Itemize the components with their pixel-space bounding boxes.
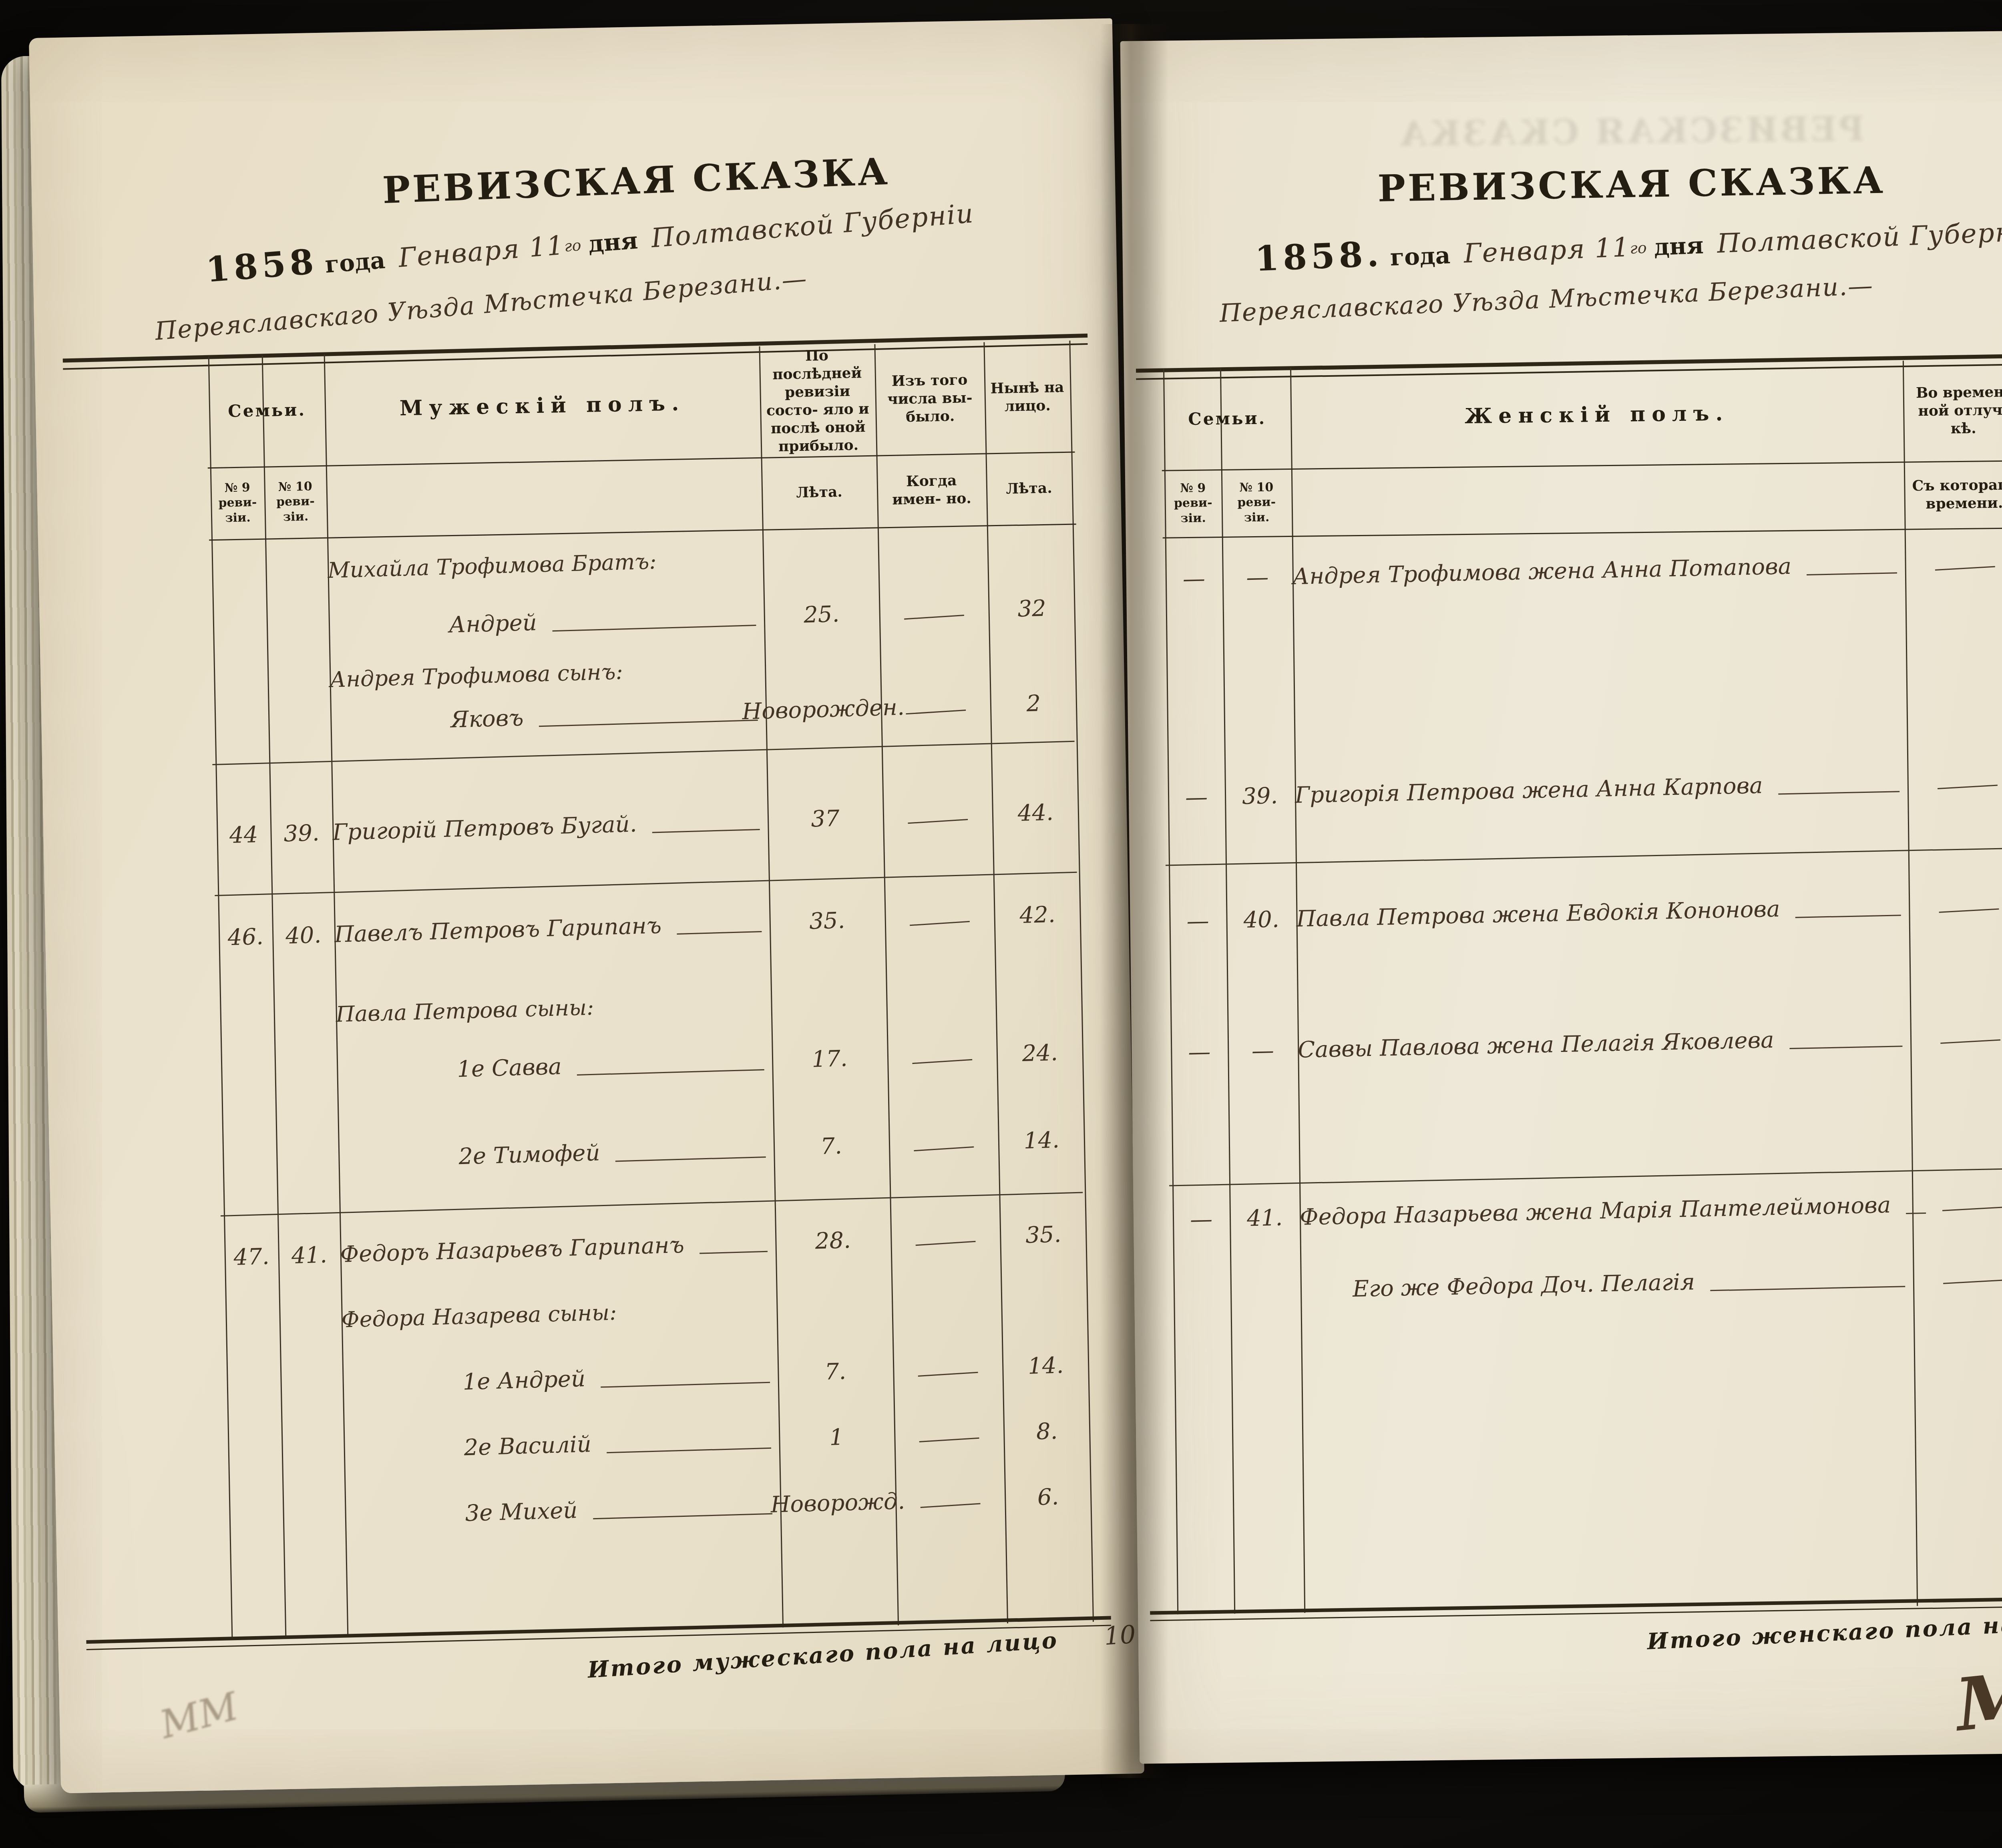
place-line: Переяславскаго Уѣзда Мѣстечка Березани.— bbox=[1219, 271, 1874, 328]
census-table-male: Семьи. Мужескій полъ. По послѣдней ревиз… bbox=[208, 341, 1094, 1638]
date-line: 1858годаГенваря 11годняПолтавской Губерн… bbox=[205, 190, 975, 290]
absence-cell bbox=[1904, 531, 2002, 594]
rev10-number bbox=[281, 1421, 345, 1483]
ink-dash bbox=[919, 1437, 979, 1442]
age-now: 14. bbox=[1001, 1335, 1090, 1397]
year-word: года bbox=[324, 246, 386, 278]
year-value: 1858 bbox=[205, 241, 319, 290]
ink-lead-line bbox=[552, 625, 756, 631]
rev10-number bbox=[280, 1355, 344, 1417]
departed-when-cell bbox=[877, 522, 988, 585]
rev10-number: 41. bbox=[1229, 1187, 1300, 1249]
ink-dash bbox=[910, 921, 970, 925]
age-now: 8. bbox=[1003, 1400, 1091, 1463]
rev9-number: — bbox=[1168, 767, 1226, 828]
age-now: 44. bbox=[991, 782, 1080, 844]
person-name: Павла Петрова жена Евдокія Кононова bbox=[1296, 876, 1910, 949]
person-name: Федора Назарьева жена Марія Пантелеймоно… bbox=[1299, 1174, 1913, 1247]
age-at-previous-revision: Новорожден. bbox=[765, 678, 882, 741]
person-name: Григорія Петрова жена Анна Карпова bbox=[1294, 752, 1908, 825]
rev10-number bbox=[275, 1130, 339, 1192]
year-value: 1858. bbox=[1254, 234, 1383, 279]
rev10-number bbox=[279, 1290, 342, 1351]
person-name: Григорій Петровъ Бугай. bbox=[332, 790, 768, 863]
rev9-number bbox=[229, 1488, 284, 1550]
ink-lead-line bbox=[607, 1447, 771, 1453]
right-page: РЕВИЗСКАЯ СКАЗКА 1369 РЕВИЗСКАЯ СКАЗКА 1… bbox=[1120, 30, 2002, 1764]
age-now: 2 bbox=[989, 672, 1078, 735]
absence-cell bbox=[1912, 1172, 2002, 1235]
month-day: Генваря 11 bbox=[1463, 232, 1630, 269]
ink-lead-line bbox=[677, 931, 762, 934]
ink-lead-line bbox=[1789, 1046, 1902, 1049]
ink-dash bbox=[1940, 1039, 2000, 1044]
rev9-number: — bbox=[1165, 548, 1223, 609]
page-title: РЕВИЗСКАЯ СКАЗКА bbox=[1377, 159, 1886, 210]
absence-cell bbox=[1907, 750, 2002, 812]
month-day: Генваря 11 bbox=[397, 230, 565, 273]
ink-lead-line bbox=[1795, 915, 1901, 918]
departed-when-cell bbox=[885, 966, 996, 1029]
ink-dash bbox=[1938, 784, 1998, 789]
ink-dash bbox=[1943, 1279, 2002, 1284]
province: Полтавской Губерніи bbox=[1717, 215, 2002, 259]
rev10-number bbox=[267, 693, 331, 755]
ink-lead-line bbox=[699, 1251, 768, 1254]
rev9-number bbox=[221, 1044, 276, 1106]
age-now: 6. bbox=[1004, 1466, 1092, 1528]
person-name: Саввы Павлова жена Пелагія Яковлева bbox=[1297, 1007, 1911, 1080]
person-name: Яковъ bbox=[330, 681, 766, 753]
departed-when-cell bbox=[891, 1271, 1002, 1335]
rev10-number: 41. bbox=[277, 1225, 341, 1286]
day-word: дня bbox=[587, 227, 639, 257]
book-spine-shadow bbox=[1100, 24, 1168, 1778]
age-now: 42. bbox=[993, 884, 1081, 946]
ink-dash bbox=[920, 1503, 980, 1508]
margin-ink-mark: ММ bbox=[155, 1683, 243, 1747]
rev9-number bbox=[211, 542, 267, 603]
year-word: года bbox=[1389, 241, 1451, 271]
ink-dash bbox=[906, 709, 966, 714]
age-at-previous-revision: Новорожд. bbox=[779, 1471, 896, 1534]
ink-dash bbox=[1935, 566, 1995, 570]
person-row: —41.Федора Назарьева жена Марія Пантелей… bbox=[1172, 1170, 2002, 1250]
departed-when-cell bbox=[884, 886, 995, 949]
rev10-number bbox=[265, 540, 328, 602]
female-rows: ——Андрея Трофимова жена Анна Потапова23.… bbox=[1163, 358, 2002, 1614]
age-now: 35. bbox=[999, 1204, 1087, 1266]
ink-dash bbox=[912, 1059, 972, 1064]
age-at-previous-revision: 7. bbox=[773, 1114, 890, 1178]
age-now: 24. bbox=[996, 1022, 1084, 1084]
ink-lead-line bbox=[593, 1513, 772, 1519]
person-row: Его же Федора Доч. Пелагія11. bbox=[1173, 1243, 2002, 1323]
rev9-number: — bbox=[1169, 891, 1227, 952]
ink-lead-line bbox=[601, 1381, 770, 1388]
day-suffix: го bbox=[564, 236, 582, 255]
rev9-number bbox=[219, 986, 275, 1048]
rev10-number bbox=[273, 984, 337, 1046]
rev9-number: 47. bbox=[224, 1226, 279, 1288]
rev9-number: 46. bbox=[218, 906, 273, 968]
day-suffix: го bbox=[1630, 239, 1647, 257]
person-name: 2е Тимофей bbox=[338, 1118, 774, 1190]
age-at-previous-revision: 7. bbox=[777, 1340, 894, 1403]
age-at-previous-revision bbox=[770, 969, 887, 1032]
departed-when-cell bbox=[882, 784, 993, 847]
person-row: 46.40.Павелъ Петровъ Гарипанъ35.42. bbox=[218, 884, 1081, 968]
ink-lead-line bbox=[1807, 572, 1897, 575]
family-separator-line bbox=[1166, 846, 2002, 866]
ink-lead-line bbox=[652, 829, 760, 833]
departed-when-cell bbox=[892, 1337, 1003, 1400]
ink-lead-line bbox=[615, 1156, 766, 1161]
person-name: 1е Савва bbox=[336, 1030, 773, 1102]
ink-dash bbox=[914, 1146, 974, 1151]
departed-when-cell bbox=[890, 1206, 1001, 1269]
rev9-number bbox=[214, 695, 269, 756]
age-at-previous-revision: 37 bbox=[767, 787, 884, 850]
male-rows: Михайла Трофимова Братъ:Андрей25.32Андре… bbox=[208, 341, 1094, 1638]
departed-when-cell bbox=[886, 1024, 997, 1088]
rev10-number: 40. bbox=[1226, 889, 1297, 951]
bleed-through-title: РЕВИЗСКАЯ СКАЗКА bbox=[1397, 109, 1865, 154]
person-name: Федоръ Назарьевъ Гарипанъ bbox=[340, 1212, 776, 1284]
rev10-number: 39. bbox=[1224, 765, 1296, 827]
person-name: Павелъ Петровъ Гарипанъ bbox=[334, 892, 770, 964]
rev9-number bbox=[1173, 1261, 1231, 1323]
age-now: 14. bbox=[997, 1109, 1086, 1172]
absence-cell bbox=[1912, 1245, 2002, 1307]
person-row: 4439.Григорій Петровъ Бугай.3744. bbox=[216, 782, 1080, 866]
age-at-previous-revision bbox=[762, 525, 879, 588]
person-row: —39.Григорія Петрова жена Анна Карпова44… bbox=[1168, 748, 2002, 828]
ink-lead-line bbox=[539, 720, 758, 727]
person-name: 3е Михей bbox=[344, 1474, 781, 1546]
age-at-previous-revision: 1 bbox=[778, 1406, 895, 1469]
date-line: 1858.годаГенваря 11годняПолтавской Губер… bbox=[1254, 208, 2002, 279]
rev9-number: — bbox=[1172, 1188, 1230, 1250]
rev10-number bbox=[1230, 1260, 1301, 1322]
ink-dash bbox=[915, 1241, 975, 1245]
ink-lead-line bbox=[577, 1069, 764, 1075]
rev9-number: — bbox=[1170, 1022, 1228, 1083]
departed-when-cell bbox=[893, 1403, 1004, 1466]
ink-dash bbox=[918, 1371, 978, 1376]
age-at-previous-revision: 28. bbox=[774, 1209, 891, 1272]
province: Полтавской Губерніи bbox=[650, 198, 975, 253]
age-at-previous-revision: 17. bbox=[771, 1027, 888, 1090]
person-name: 2е Василій bbox=[343, 1409, 780, 1481]
left-page: РЕВИЗСКАЯ СКАЗКА 1858годаГенваря 11годня… bbox=[29, 18, 1144, 1794]
ink-dash bbox=[1942, 1207, 2002, 1211]
ink-dash bbox=[1939, 908, 1999, 913]
archival-book-scan: РЕВИЗСКАЯ СКАЗКА 1858годаГенваря 11годня… bbox=[0, 0, 2002, 1848]
person-row: 2е Тимофей7.14. bbox=[222, 1109, 1086, 1193]
age-now bbox=[987, 519, 1075, 582]
ink-lead-line bbox=[1778, 791, 1899, 794]
ink-dash bbox=[908, 818, 968, 823]
absence-cell bbox=[1908, 874, 2002, 936]
person-row: ——Андрея Трофимова жена Анна Потапова23. bbox=[1165, 529, 2002, 609]
person-row: —40.Павла Петрова жена Евдокія Кононова4… bbox=[1169, 872, 2002, 951]
ink-dash bbox=[904, 614, 964, 619]
rev10-number bbox=[274, 1043, 338, 1104]
female-total-label: Итого женскаго пола на лицо bbox=[1646, 1608, 2002, 1655]
rev10-number: — bbox=[1222, 547, 1293, 608]
rev9-number bbox=[225, 1291, 280, 1353]
person-row: ——Саввы Павлова жена Пелагія Яковлева29. bbox=[1170, 1003, 2002, 1082]
rev9-number: 44 bbox=[216, 804, 271, 866]
rev10-number: 39. bbox=[269, 802, 333, 864]
age-now bbox=[1000, 1269, 1089, 1331]
rev9-number bbox=[226, 1357, 281, 1419]
rev10-number bbox=[282, 1487, 346, 1548]
absence-cell bbox=[1910, 1005, 2002, 1067]
departed-when-cell bbox=[880, 675, 991, 738]
person-name: 1е Андрей bbox=[342, 1343, 779, 1415]
age-now bbox=[995, 963, 1083, 1026]
clerk-signature: Ми bbox=[1952, 1651, 2002, 1747]
day-word: дня bbox=[1653, 231, 1704, 261]
age-at-previous-revision: 35. bbox=[769, 889, 886, 952]
departed-when-cell bbox=[894, 1468, 1005, 1532]
rev9-number bbox=[222, 1132, 277, 1193]
rev10-number: 40. bbox=[271, 905, 335, 966]
person-name: Федора Назарева сыны: bbox=[341, 1277, 778, 1349]
rev10-number: — bbox=[1227, 1020, 1298, 1082]
age-at-previous-revision bbox=[776, 1274, 892, 1337]
person-name: Андрея Трофимова жена Анна Потапова bbox=[1292, 534, 1906, 607]
ink-lead-line bbox=[1710, 1286, 1905, 1291]
rev9-number bbox=[227, 1423, 283, 1484]
person-name: Его же Федора Доч. Пелагія bbox=[1300, 1247, 1914, 1320]
departed-when-cell bbox=[888, 1112, 999, 1175]
census-table-female: Семьи. Женскій полъ. Во времен- ной отлу… bbox=[1163, 358, 2002, 1614]
